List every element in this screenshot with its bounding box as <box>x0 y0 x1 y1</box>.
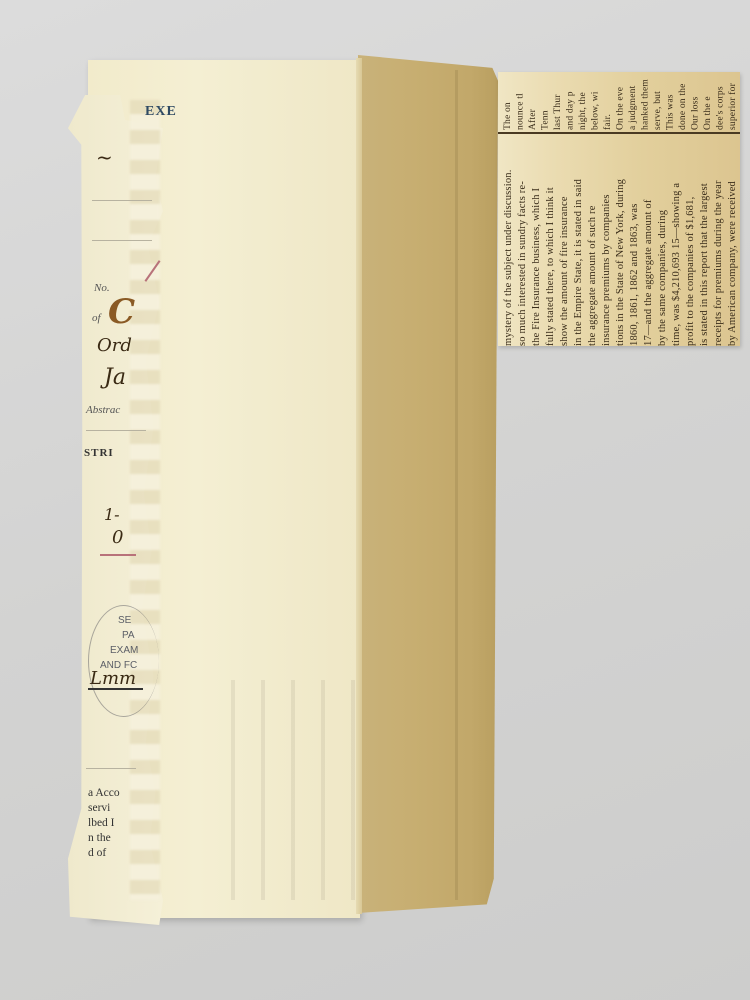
red-ink-rule <box>100 554 136 556</box>
newspaper-clipping: mystery of the subject under discussion.… <box>498 72 740 346</box>
printed-text-block: a Acco servi lbed I n the d of <box>88 786 120 861</box>
clipping-line: receipts for premiums during the year <box>712 136 726 346</box>
column-rule <box>498 132 740 134</box>
clipping-line: mystery of the subject under discussion. <box>502 136 516 346</box>
photo-scene: EXE ~ No. of C Ord Ja Abstrac STRI 1- 0 … <box>0 0 750 1000</box>
district-label: STRI <box>84 447 114 459</box>
clipping-line: tions in the State of New York, during <box>614 136 628 346</box>
handwritten-capital: C <box>108 292 135 332</box>
clipping-line: serve, but <box>652 72 665 130</box>
header-print-fragment: EXE <box>145 104 177 120</box>
handwritten-mark: ~ <box>96 145 113 169</box>
printed-line: servi <box>88 801 120 816</box>
clipping-line: night, the <box>577 72 590 130</box>
clipping-line: below, wi <box>590 72 603 130</box>
handwritten-number: 1- <box>104 505 120 524</box>
stamp-text: PA <box>122 630 135 641</box>
clipping-line: The on <box>502 72 515 130</box>
clipping-line: fair. <box>602 72 615 130</box>
clipping-line: by American company, were received <box>726 136 738 346</box>
clipping-line: done on the <box>677 72 690 130</box>
clipping-line: This was <box>665 72 678 130</box>
form-rule <box>92 200 152 201</box>
clipping-line: profit to the companies of $1,681, <box>684 136 698 346</box>
form-rule <box>86 430 146 431</box>
clipping-line: fully stated there, to which I think it <box>544 136 558 346</box>
tear-edge <box>130 100 160 900</box>
clipping-line: 17—and the aggregate amount of <box>642 136 656 346</box>
clipping-line: show the amount of fire insurance <box>558 136 572 346</box>
handwritten-number: 0 <box>112 527 123 548</box>
flap-crease <box>455 70 458 900</box>
printed-line: a Acco <box>88 786 120 801</box>
signature-underline <box>88 688 143 690</box>
clipping-line: time, was $4,210,693 15—showing a <box>670 136 684 346</box>
printed-line: lbed I <box>88 816 120 831</box>
clipping-line: nounce tl <box>515 72 528 130</box>
printed-line: d of <box>88 846 120 861</box>
clipping-line: On the eve <box>615 72 628 130</box>
clipping-line: by the same companies, during <box>656 136 670 346</box>
clipping-line: in the Empire State, it is stated in sai… <box>572 136 586 346</box>
fold-edge <box>356 58 362 914</box>
clipping-line: 1860, 1861, 1862 and 1863, was <box>628 136 642 346</box>
clipping-line: After <box>527 72 540 130</box>
clipping-upper-text: The on nounce tl After Tenn last Thur an… <box>502 72 738 130</box>
clipping-line: insurance premiums by companies <box>600 136 614 346</box>
clipping-line: last Thur <box>552 72 565 130</box>
clipping-line: Our loss <box>690 72 703 130</box>
abstract-label: Abstrac <box>86 404 120 416</box>
printed-line: n the <box>88 831 120 846</box>
form-rule <box>86 768 136 769</box>
clipping-line: hanked them <box>640 72 653 130</box>
clipping-line: a judgment <box>627 72 640 130</box>
handwritten-word: Ja <box>104 365 126 390</box>
signature: Lmm <box>90 668 136 689</box>
clipping-line: the aggregate amount of such re <box>586 136 600 346</box>
clipping-lower-text: mystery of the subject under discussion.… <box>502 136 738 346</box>
clipping-line: so much interested in sundry facts re- <box>516 136 530 346</box>
clipping-line: superior for <box>727 72 738 130</box>
clipping-line: dee's corps <box>715 72 728 130</box>
folded-flap <box>358 55 498 913</box>
handwritten-word: Ord <box>97 335 132 356</box>
clipping-line: Tenn <box>540 72 553 130</box>
clipping-line: On the e <box>702 72 715 130</box>
form-rule <box>92 240 152 241</box>
of-label: of <box>92 312 101 324</box>
clipping-line: is stated in this report that the larges… <box>698 136 712 346</box>
stamp-text: SE <box>118 615 131 626</box>
clipping-line: the Fire Insurance business, which I <box>530 136 544 346</box>
stamp-text: EXAM <box>110 645 138 656</box>
bleed-through-text <box>205 680 355 900</box>
clipping-line: and day p <box>565 72 578 130</box>
